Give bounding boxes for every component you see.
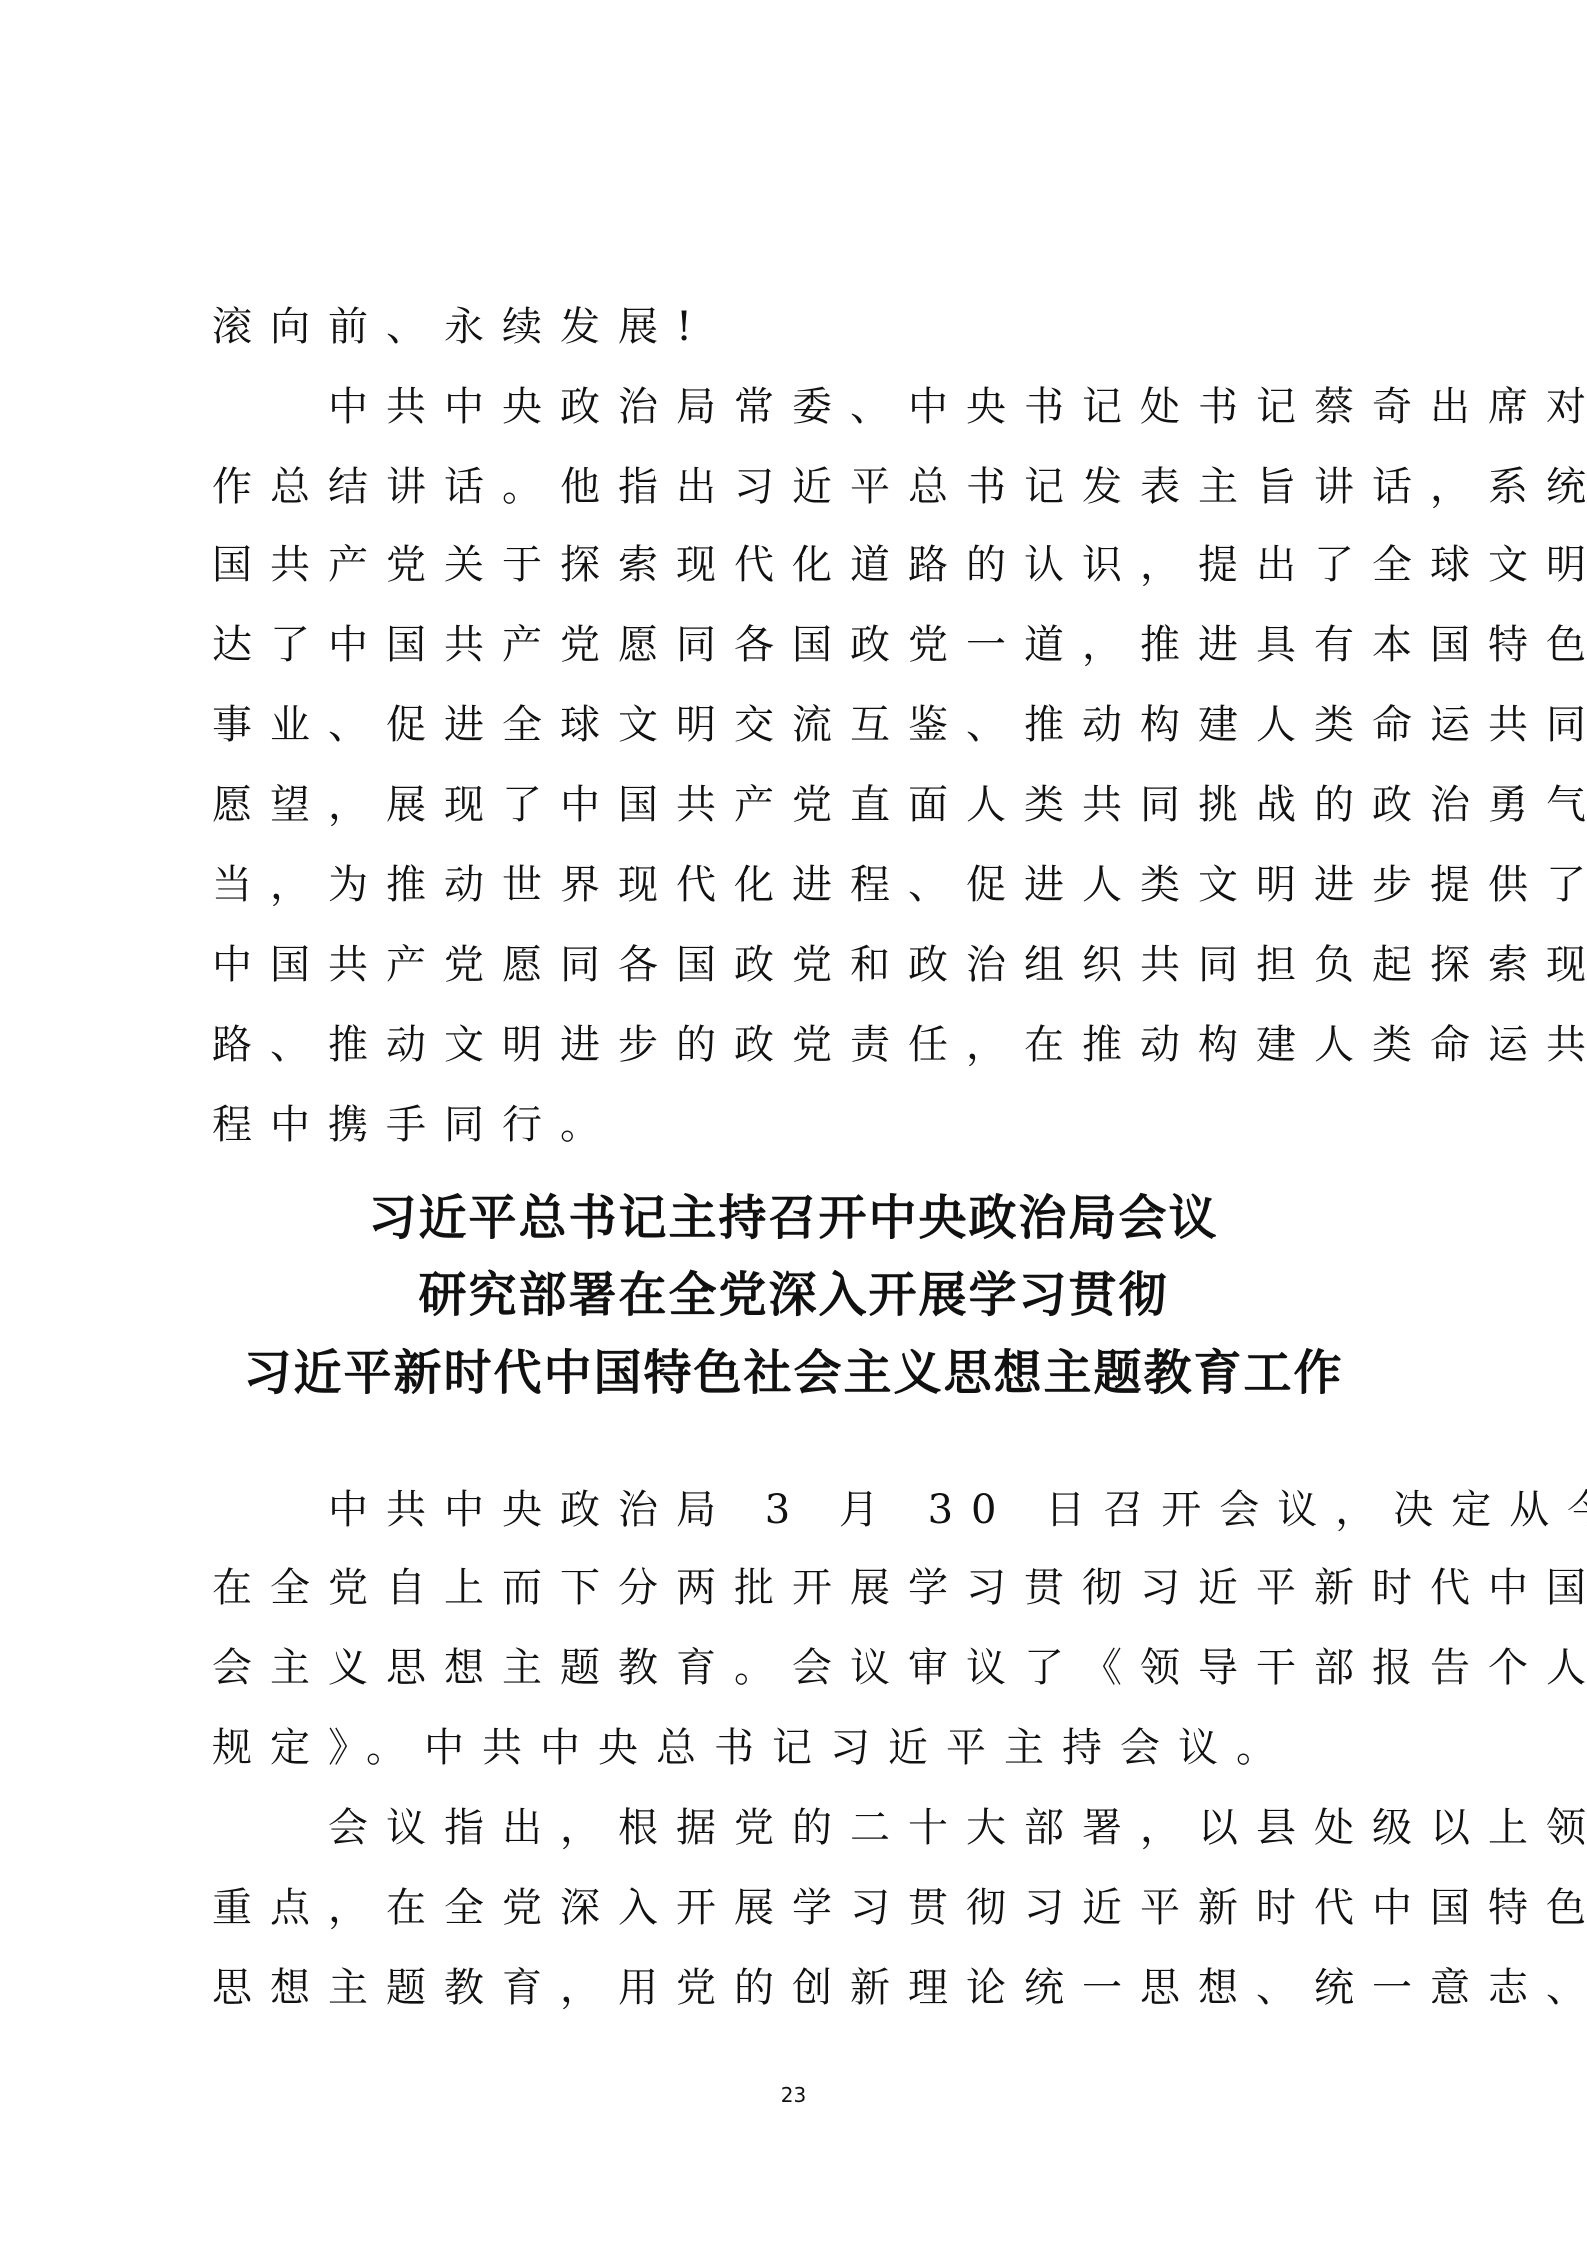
- paragraph-line: 达了中国共产党愿同各国政党一道，推进具有本国特色的现代化: [212, 605, 1377, 685]
- paragraph-line: 事业、促进全球文明交流互鉴、推动构建人类命运共同体的真诚: [212, 685, 1377, 765]
- paragraph-line: 中共中央政治局常委、中央书记处书记蔡奇出席对话会，并: [212, 367, 1377, 447]
- paragraph-line: 作总结讲话。他指出习近平总书记发表主旨讲话，系统阐述了中: [212, 447, 1377, 527]
- paragraph-line: 当，为推动世界现代化进程、促进人类文明进步提供了中国方案。: [212, 845, 1377, 925]
- heading-line: 习近平总书记主持召开中央政治局会议: [0, 1183, 1587, 1253]
- paragraph-line: 国共产党关于探索现代化道路的认识，提出了全球文明倡议，表: [212, 525, 1377, 605]
- paragraph-line: 愿望，展现了中国共产党直面人类共同挑战的政治勇气和责任担: [212, 765, 1377, 845]
- paragraph-line: 会主义思想主题教育。会议审议了《领导干部报告个人有关事项: [212, 1628, 1377, 1708]
- paragraph-line: 思想主题教育，用党的创新理论统一思想、统一意志、统一行动，: [212, 1948, 1377, 2028]
- heading-line: 研究部署在全党深入开展学习贯彻: [0, 1260, 1587, 1330]
- paragraph-line: 中国共产党愿同各国政党和政治组织共同担负起探索现代化道: [212, 925, 1377, 1005]
- paragraph-line: 在全党自上而下分两批开展学习贯彻习近平新时代中国特色社: [212, 1548, 1377, 1628]
- heading-line: 习近平新时代中国特色社会主义思想主题教育工作: [0, 1338, 1587, 1408]
- paragraph-line: 程中携手同行。: [212, 1085, 1377, 1165]
- document-page: 滚向前、永续发展! 中共中央政治局常委、中央书记处书记蔡奇出席对话会，并 作总结…: [0, 0, 1587, 2245]
- page-number: 23: [0, 2083, 1587, 2107]
- paragraph-line: 滚向前、永续发展!: [212, 287, 1377, 367]
- paragraph-line: 会议指出，根据党的二十大部署，以县处级以上领导干部为: [212, 1788, 1377, 1868]
- paragraph-line: 规定》。中共中央总书记习近平主持会议。: [212, 1708, 1377, 1788]
- paragraph-line: 中共中央政治局 3 月 30 日召开会议，决定从今年 4 月开始，: [212, 1470, 1377, 1550]
- paragraph-line: 重点，在全党深入开展学习贯彻习近平新时代中国特色社会主义: [212, 1868, 1377, 1948]
- paragraph-line: 路、推动文明进步的政党责任，在推动构建人类命运共同体的征: [212, 1005, 1377, 1085]
